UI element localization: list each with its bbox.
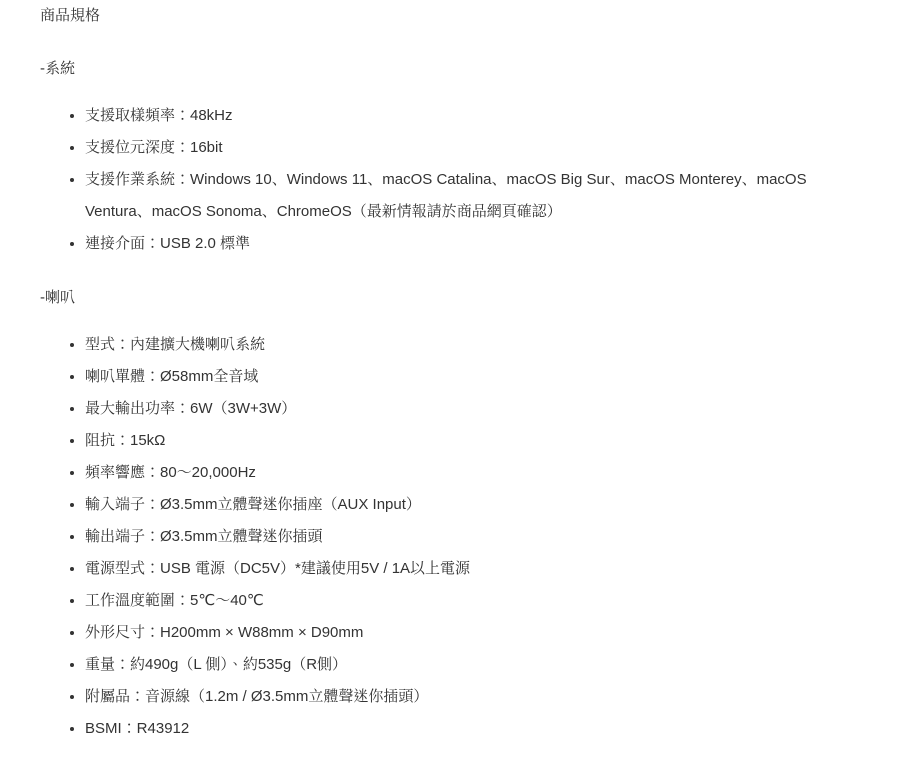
spec-item-dimensions: 外形尺寸：H200mm × W88mm × D90mm	[85, 617, 842, 649]
spec-list-system: 支援取樣頻率：48kHz 支援位元深度：16bit 支援作業系統：Windows…	[40, 100, 842, 260]
section-heading-system: -系統	[40, 61, 842, 76]
spec-item-input-jack: 輸入端子：Ø3.5mm立體聲迷你插座（AUX Input）	[85, 489, 842, 521]
spec-item-accessories: 附屬品：音源線（1.2m / Ø3.5mm立體聲迷你插頭）	[85, 681, 842, 713]
spec-item-bit-depth: 支援位元深度：16bit	[85, 132, 842, 164]
spec-item-impedance: 阻抗：15kΩ	[85, 425, 842, 457]
spec-item-type: 型式：內建擴大機喇叭系統	[85, 329, 842, 361]
section-heading-speaker: -喇叭	[40, 290, 842, 305]
spec-item-output-jack: 輸出端子：Ø3.5mm立體聲迷你插頭	[85, 521, 842, 553]
spec-item-bsmi: BSMI：R43912	[85, 713, 842, 745]
spec-item-driver: 喇叭單體：Ø58mm全音域	[85, 361, 842, 393]
spec-item-frequency-response: 頻率響應：80～20,000Hz	[85, 457, 842, 489]
page-title: 商品規格	[40, 8, 842, 23]
spec-item-supported-os: 支援作業系統：Windows 10、Windows 11、macOS Catal…	[85, 164, 842, 228]
spec-item-sampling-rate: 支援取樣頻率：48kHz	[85, 100, 842, 132]
spec-item-operating-temperature: 工作溫度範圍：5℃～40℃	[85, 585, 842, 617]
spec-item-power: 電源型式：USB 電源（DC5V）*建議使用5V / 1A以上電源	[85, 553, 842, 585]
product-spec-page: { "page": { "title": "商品規格", "text_color…	[0, 0, 900, 772]
spec-item-max-output: 最大輸出功率：6W（3W+3W）	[85, 393, 842, 425]
section-system: -系統 支援取樣頻率：48kHz 支援位元深度：16bit 支援作業系統：Win…	[40, 61, 842, 260]
spec-item-interface: 連接介面：USB 2.0 標準	[85, 228, 842, 260]
spec-list-speaker: 型式：內建擴大機喇叭系統 喇叭單體：Ø58mm全音域 最大輸出功率：6W（3W+…	[40, 329, 842, 745]
spec-item-weight: 重量：約490g（L 側）、約535g（R側）	[85, 649, 842, 681]
section-speaker: -喇叭 型式：內建擴大機喇叭系統 喇叭單體：Ø58mm全音域 最大輸出功率：6W…	[40, 290, 842, 745]
